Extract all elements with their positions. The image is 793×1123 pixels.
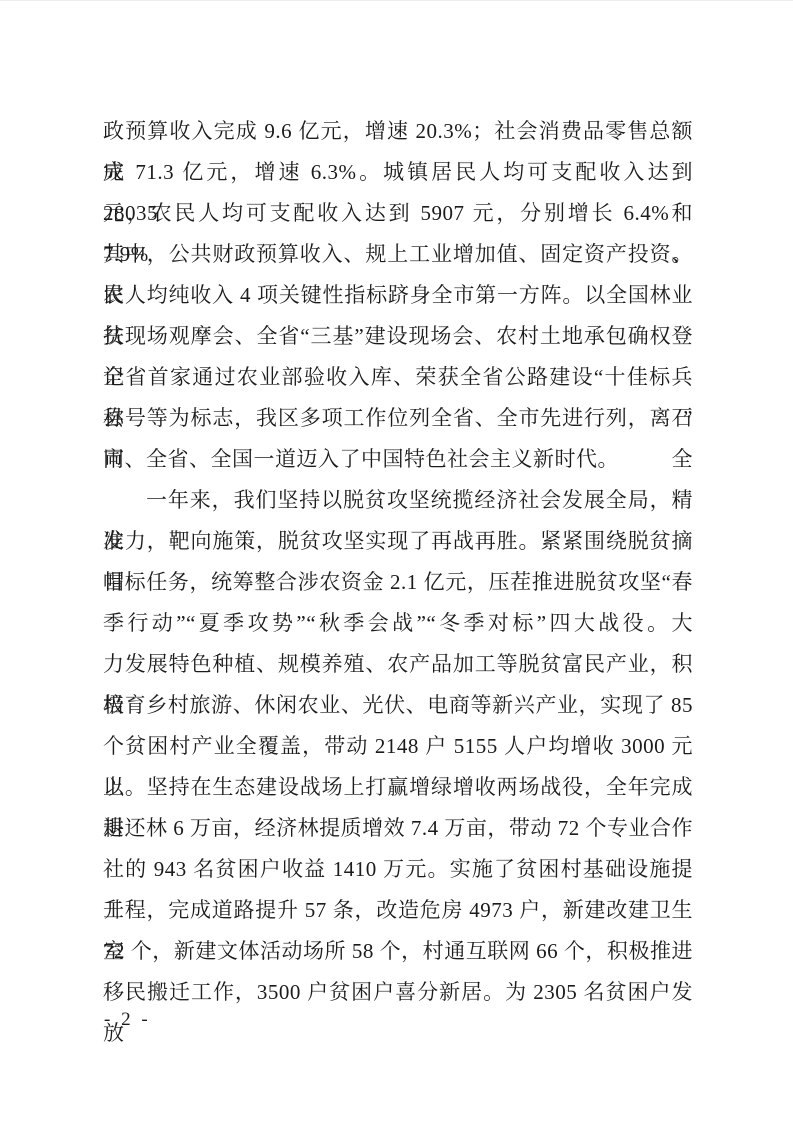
text-line: 成 71.3 亿元，增速 6.3%。城镇居民人均可支配收入达到 28035: [103, 152, 693, 193]
text-line: 发力，靶向施策，脱贫攻坚实现了再战再胜。紧紧围绕脱贫摘帽: [103, 521, 693, 562]
text-line: 上。坚持在生态建设战场上打赢增绿增收两场战役，全年完成退: [103, 767, 693, 808]
text-line: 一年来，我们坚持以脱贫攻坚统揽经济社会发展全局，精准: [103, 480, 693, 521]
text-line: 培育乡村旅游、休闲农业、光伏、电商等新兴产业，实现了 85: [103, 685, 693, 726]
text-line: 移民搬迁工作，3500 户贫困户喜分新居。为 2305 名贫困户发放: [103, 972, 693, 1013]
text-line: 元，农民人均可支配收入达到 5907 元，分别增长 6.4%和 7.9%。: [103, 193, 693, 234]
text-line: 市、全省、全国一道迈入了中国特色社会主义新时代。: [103, 439, 693, 480]
page-number: - 2 -: [104, 1006, 151, 1034]
text-line: 目标任务，统筹整合涉农资金 2.1 亿元，压茬推进脱贫攻坚“春: [103, 562, 693, 603]
text-line: 力发展特色种植、规模养殖、农产品加工等脱贫富民产业，积极: [103, 644, 693, 685]
text-line: 季行动”“夏季攻势”“秋季会战”“冬季对标”四大战役。大: [103, 603, 693, 644]
text-line: 耕还林 6 万亩，经济林提质增效 7.4 万亩，带动 72 个专业合作: [103, 808, 693, 849]
text-line: 政预算收入完成 9.6 亿元，增速 20.3%；社会消费品零售总额完: [103, 111, 693, 152]
text-line: 全省首家通过农业部验收入库、荣获全省公路建设“十佳标兵县”: [103, 357, 693, 398]
text-line: 社的 943 名贫困户收益 1410 万元。实施了贫困村基础设施提升: [103, 849, 693, 890]
text-line: 工程，完成道路提升 57 条，改造危房 4973 户，新建改建卫生室: [103, 890, 693, 931]
text-line: 个贫困村产业全覆盖，带动 2148 户 5155 人户均增收 3000 元以: [103, 726, 693, 767]
paragraph: 一年来，我们坚持以脱贫攻坚统揽经济社会发展全局，精准发力，靶向施策，脱贫攻坚实现…: [103, 480, 693, 1013]
text-line: 72 个，新建文体活动场所 58 个，村通互联网 66 个，积极推进: [103, 931, 693, 972]
text-line: 其中，公共财政预算收入、规上工业增加值、固定资产投资、农: [103, 234, 693, 275]
text-line: 称号等为标志，我区多项工作位列全省、全市先进行列，离石同全: [103, 398, 693, 439]
text-line: 民人均纯收入 4 项关键性指标跻身全市第一方阵。以全国林业扶: [103, 275, 693, 316]
document-body: 政预算收入完成 9.6 亿元，增速 20.3%；社会消费品零售总额完成 71.3…: [103, 111, 693, 1013]
paragraph: 政预算收入完成 9.6 亿元，增速 20.3%；社会消费品零售总额完成 71.3…: [103, 111, 693, 480]
document-page: 政预算收入完成 9.6 亿元，增速 20.3%；社会消费品零售总额完成 71.3…: [0, 0, 793, 1123]
text-line: 贫现场观摩会、全省“三基”建设现场会、农村土地承包确权登记: [103, 316, 693, 357]
